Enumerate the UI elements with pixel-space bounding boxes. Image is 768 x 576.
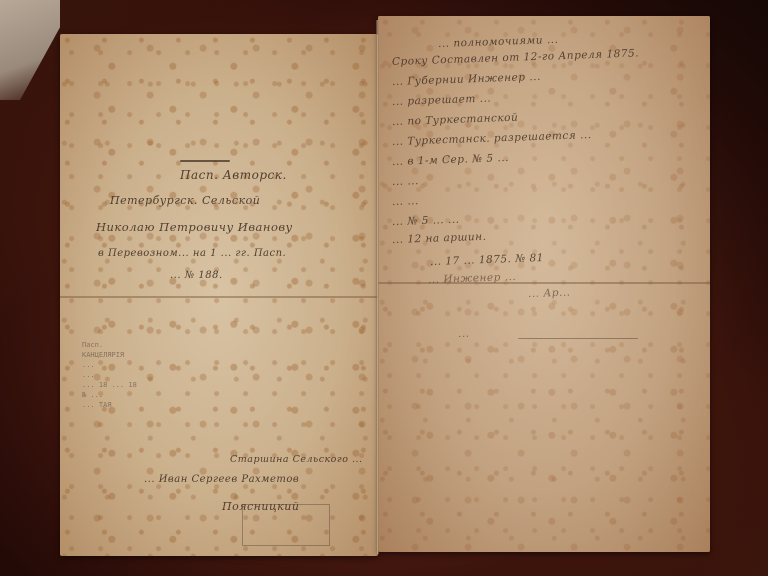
document-seam [376,20,379,554]
text-line: ... полномочиями ... [438,34,559,50]
signature-line-1: Старшина Сельского ... [230,454,363,465]
endorsement-line-2: ... Ар... [528,287,571,300]
text-line: ... ... [392,195,419,208]
signature: ... [458,328,470,340]
official-stamp: Пасп. КАНЦЕЛЯРІЯ ... ... ... 18 ... 18 №… [82,340,137,410]
text-line: Сроку Составлен от 12-го Апреля 1875. [392,47,639,68]
signature-line-2: ... Иван Сергеев Рахметов [144,474,299,485]
stamp-line: ... 18 ... 18 [82,380,137,390]
horizontal-fold [60,296,378,298]
text-line: ... в 1-м Сер. № 5 ... [392,152,509,168]
date-line: ... 17 ... 1875. № 81 [430,252,544,268]
stamp-line: ... [82,360,137,370]
text-line: ... по Туркестанской [392,112,519,128]
heading-line-4: в Перевозном... на 1 ... гг. Пасп. [98,248,286,259]
text-line: ... № 5 ... ... [392,214,460,228]
text-line: ... Туркестанск. разрешается ... [392,129,592,148]
text-line: ... 12 на аршин. [392,231,487,246]
right-document: ... полномочиями ... Сроку Составлен от … [378,16,710,552]
stamp-line: ... [82,370,137,380]
signature-stroke [518,338,638,339]
calligraphy-swash [180,160,230,162]
stamp-line: ... ТАЯ [82,400,137,410]
heading-line-2: Петербургск. Сельской [110,194,260,207]
heading-line-3: Николаю Петровичу Иванову [96,220,293,234]
text-line: ... разрешает ... [392,93,492,108]
left-document: Пасп. Авторск. Петербургск. Сельской Ник… [60,34,378,556]
text-line: ... Губернии Инженер ... [392,71,541,88]
heading-line-1: Пасп. Авторск. [180,168,287,182]
text-line: ... ... [392,175,419,188]
stamp-line: № ... [82,390,137,400]
stamp-line: Пасп. [82,340,137,350]
stamp-outline-box [242,504,330,546]
stamp-line: КАНЦЕЛЯРІЯ [82,350,137,360]
document-number: ... № 188. [170,270,223,281]
